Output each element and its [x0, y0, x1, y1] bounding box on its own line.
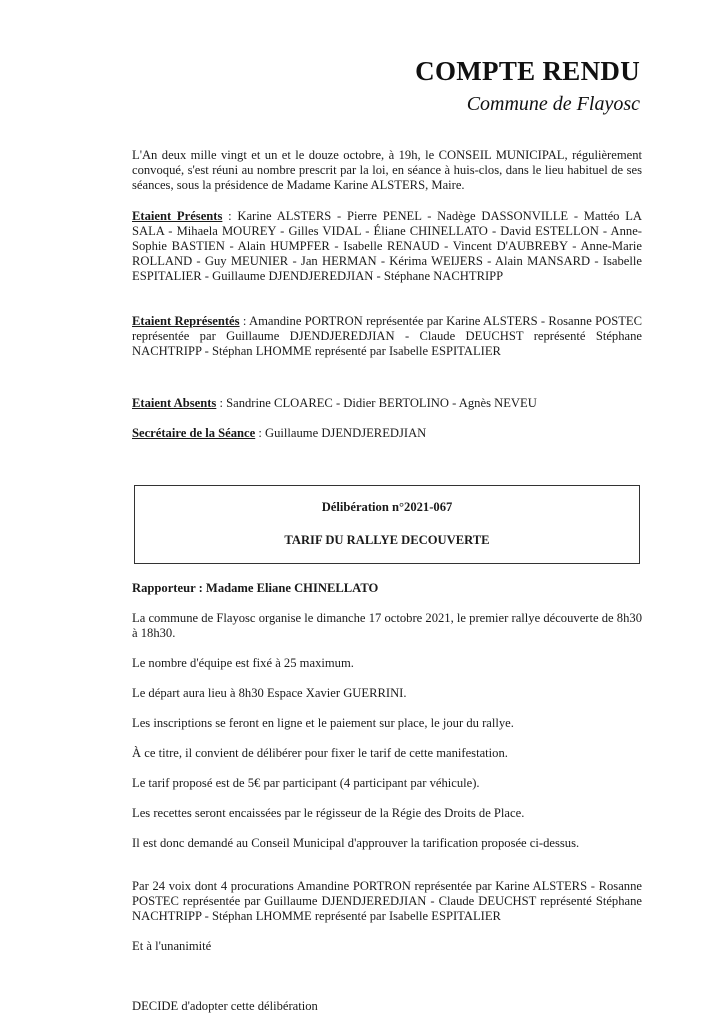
absents-section: Etaient Absents : Sandrine CLOAREC - Did… — [132, 396, 642, 411]
vote-paragraph: Par 24 voix dont 4 procurations Amandine… — [132, 879, 642, 924]
deliberation-object: TARIF DU RALLYE DECOUVERTE — [135, 533, 639, 548]
deliberation-number: Délibération n°2021-067 — [135, 500, 639, 515]
decision: DECIDE d'adopter cette délibération — [132, 999, 642, 1014]
secretaire-section: Secrétaire de la Séance : Guillaume DJEN… — [132, 426, 642, 441]
secretaire-label: Secrétaire de la Séance — [132, 426, 255, 440]
absents-list: : Sandrine CLOAREC - Didier BERTOLINO - … — [216, 396, 536, 410]
paragraph-8: Il est donc demandé au Conseil Municipal… — [132, 836, 642, 851]
paragraph-5: À ce titre, il convient de délibérer pou… — [132, 746, 642, 761]
secretaire-name: : Guillaume DJENDJEREDJIAN — [255, 426, 426, 440]
deliberation-box: Délibération n°2021-067 TARIF DU RALLYE … — [134, 485, 640, 564]
paragraph-4: Les inscriptions se feront en ligne et l… — [132, 716, 642, 731]
paragraph-6: Le tarif proposé est de 5€ par participa… — [132, 776, 642, 791]
intro-paragraph: L'An deux mille vingt et un et le douze … — [132, 148, 642, 193]
absents-label: Etaient Absents — [132, 396, 216, 410]
paragraph-1: La commune de Flayosc organise le dimanc… — [132, 611, 642, 641]
unanimite: Et à l'unanimité — [132, 939, 642, 954]
paragraph-7: Les recettes seront encaissées par le ré… — [132, 806, 642, 821]
commune-subtitle: Commune de Flayosc — [467, 93, 640, 116]
presents-section: Etaient Présents : Karine ALSTERS - Pier… — [132, 209, 642, 284]
representes-section: Etaient Représentés : Amandine PORTRON r… — [132, 314, 642, 359]
representes-label: Etaient Représentés — [132, 314, 240, 328]
paragraph-2: Le nombre d'équipe est fixé à 25 maximum… — [132, 656, 642, 671]
document-page: COMPTE RENDU Commune de Flayosc L'An deu… — [0, 0, 728, 1030]
rapporteur: Rapporteur : Madame Eliane CHINELLATO — [132, 581, 642, 596]
paragraph-3: Le départ aura lieu à 8h30 Espace Xavier… — [132, 686, 642, 701]
document-title: COMPTE RENDU — [415, 56, 640, 87]
presents-label: Etaient Présents — [132, 209, 222, 223]
